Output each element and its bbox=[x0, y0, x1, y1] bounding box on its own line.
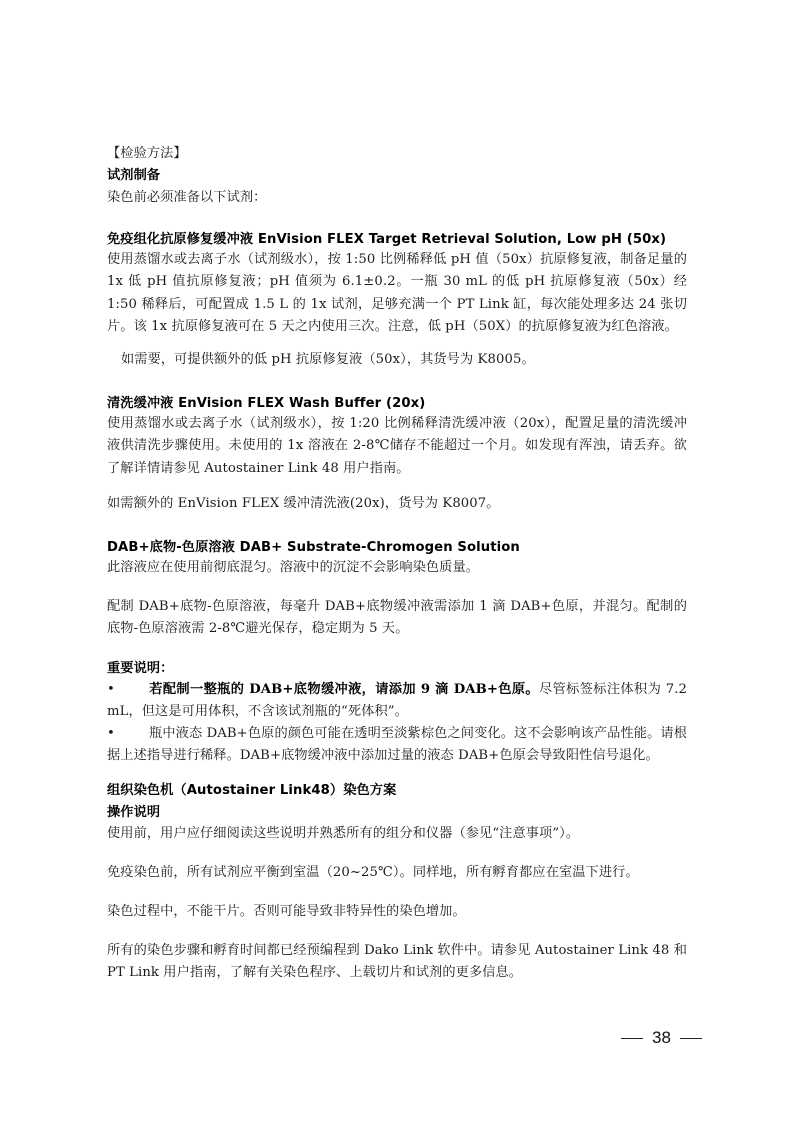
dash-left-icon bbox=[621, 1038, 643, 1039]
reagent-prep-heading: 试剂制备 bbox=[107, 165, 687, 187]
page-number-footer: 38 bbox=[612, 1028, 692, 1048]
target-retrieval-body: 使用蒸馏水或去离子水（试剂级水），按 1:50 比例稀释低 pH 值（50x）抗… bbox=[107, 249, 687, 338]
important-item-1: •若配制一整瓶的 DAB+底物缓冲液，请添加 9 滴 DAB+色原。尽管标签标注… bbox=[107, 679, 687, 724]
protocol-paragraph: 所有的染色步骤和孵育时间都已经预编程到 Dako Link 软件中。请参见 Au… bbox=[107, 940, 687, 985]
important-item-1-bold: 若配制一整瓶的 DAB+底物缓冲液，请添加 9 滴 DAB+色原。 bbox=[149, 682, 539, 697]
dab-body-1: 此溶液应在使用前彻底混匀。溶液中的沉淀不会影响染色质量。 bbox=[107, 557, 687, 579]
target-retrieval-note: 如需要，可提供额外的低 pH 抗原修复液（50x），其货号为 K8005。 bbox=[121, 349, 701, 371]
wash-buffer-heading: 清洗缓冲液 EnVision FLEX Wash Buffer (20x) bbox=[107, 393, 687, 415]
page-number: 38 bbox=[652, 1028, 671, 1047]
dab-body-2: 配制 DAB+底物-色原溶液，每毫升 DAB+底物缓冲液需添加 1 滴 DAB+… bbox=[107, 596, 687, 641]
bullet-icon: • bbox=[107, 723, 135, 745]
dash-right-icon bbox=[680, 1038, 702, 1039]
target-retrieval-heading: 免疫组化抗原修复缓冲液 EnVision FLEX Target Retriev… bbox=[107, 229, 707, 251]
document-page: 【检验方法】 试剂制备 染色前必须准备以下试剂： 免疫组化抗原修复缓冲液 EnV… bbox=[0, 0, 793, 1122]
protocol-paragraph: 使用前，用户应仔细阅读这些说明并熟悉所有的组分和仪器（参见“注意事项”）。 bbox=[107, 823, 687, 845]
wash-buffer-note: 如需额外的 EnVision FLEX 缓冲清洗液(20x)，货号为 K8007… bbox=[107, 493, 687, 515]
protocol-heading: 组织染色机（Autostainer Link48）染色方案 bbox=[107, 780, 687, 802]
important-heading: 重要说明： bbox=[107, 658, 687, 680]
protocol-paragraph: 染色过程中，不能干片。否则可能导致非特异性的染色增加。 bbox=[107, 901, 687, 923]
protocol-subheading: 操作说明 bbox=[107, 802, 687, 824]
wash-buffer-body: 使用蒸馏水或去离子水（试剂级水），按 1:20 比例稀释清洗缓冲液（20x），配… bbox=[107, 413, 687, 480]
important-item-2-text: 瓶中液态 DAB+色原的颜色可能在透明至淡紫棕色之间变化。这不会影响该产品性能。… bbox=[107, 726, 687, 763]
protocol-paragraph: 免疫染色前，所有试剂应平衡到室温（20~25℃）。同样地，所有孵育都应在室温下进… bbox=[107, 862, 687, 884]
bullet-icon: • bbox=[107, 679, 135, 701]
dab-heading: DAB+底物-色原溶液 DAB+ Substrate-Chromogen Sol… bbox=[107, 537, 687, 559]
reagent-prep-intro: 染色前必须准备以下试剂： bbox=[107, 187, 687, 209]
section-title: 【检验方法】 bbox=[107, 143, 687, 165]
important-item-2: •瓶中液态 DAB+色原的颜色可能在透明至淡紫棕色之间变化。这不会影响该产品性能… bbox=[107, 723, 687, 768]
